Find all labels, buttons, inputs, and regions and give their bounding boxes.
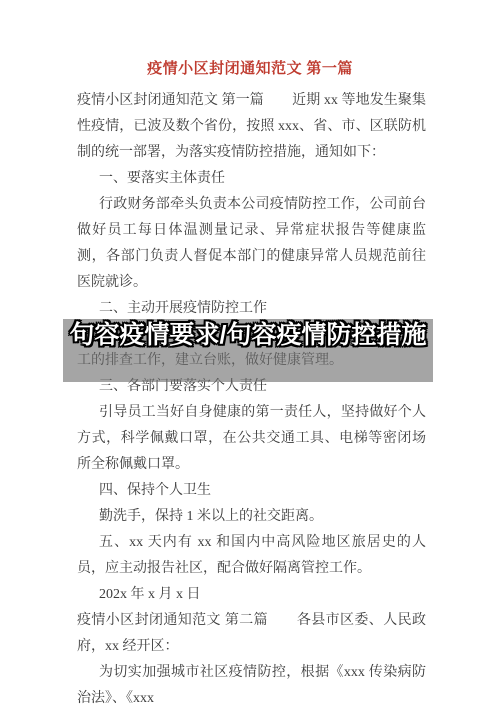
paragraph: 行政财务部牵头负责本公司疫情防控工作，公司前台做好员工每日体温测量记录、异常症状… [77,192,426,296]
paragraph: 勤洗手，保持 1 米以上的社交距离。 [77,504,426,530]
paragraph: 引导员工当好自身健康的第一责任人，坚持做好个人方式，科学佩戴口罩，在公共交通工具… [77,400,426,478]
document-page: 疫情小区封闭通知范文 第一篇 疫情小区封闭通知范文 第一篇 近期 xx 等地发生… [0,0,500,706]
paragraph: 疫情小区封闭通知范文 第一篇 近期 xx 等地发生聚集性疫情，已波及数个省份，按… [77,88,426,166]
watermark-title: 句容疫情要求/句容疫情防控措施 [63,320,433,350]
paragraph: 一、要落实主体责任 [77,166,426,192]
paragraph: 疫情小区封闭通知范文 第二篇 各县市区委、人民政府，xx 经开区： [77,608,426,660]
paragraph: 为切实加强城市社区疫情防控，根据《xxx 传染病防治法》、《xxx [77,660,426,706]
document-body: 疫情小区封闭通知范文 第一篇 近期 xx 等地发生聚集性疫情，已波及数个省份，按… [0,88,500,706]
paragraph: 四、保持个人卫生 [77,478,426,504]
document-title: 疫情小区封闭通知范文 第一篇 [0,0,500,78]
watermark-overlay: 句容疫情要求/句容疫情防控措施 [63,319,433,382]
paragraph: 五、xx 天内有 xx 和国内中高风险地区旅居史的人员，应主动报告社区，配合做好… [77,530,426,582]
paragraph: 202x 年 x 月 x 日 [77,582,426,608]
